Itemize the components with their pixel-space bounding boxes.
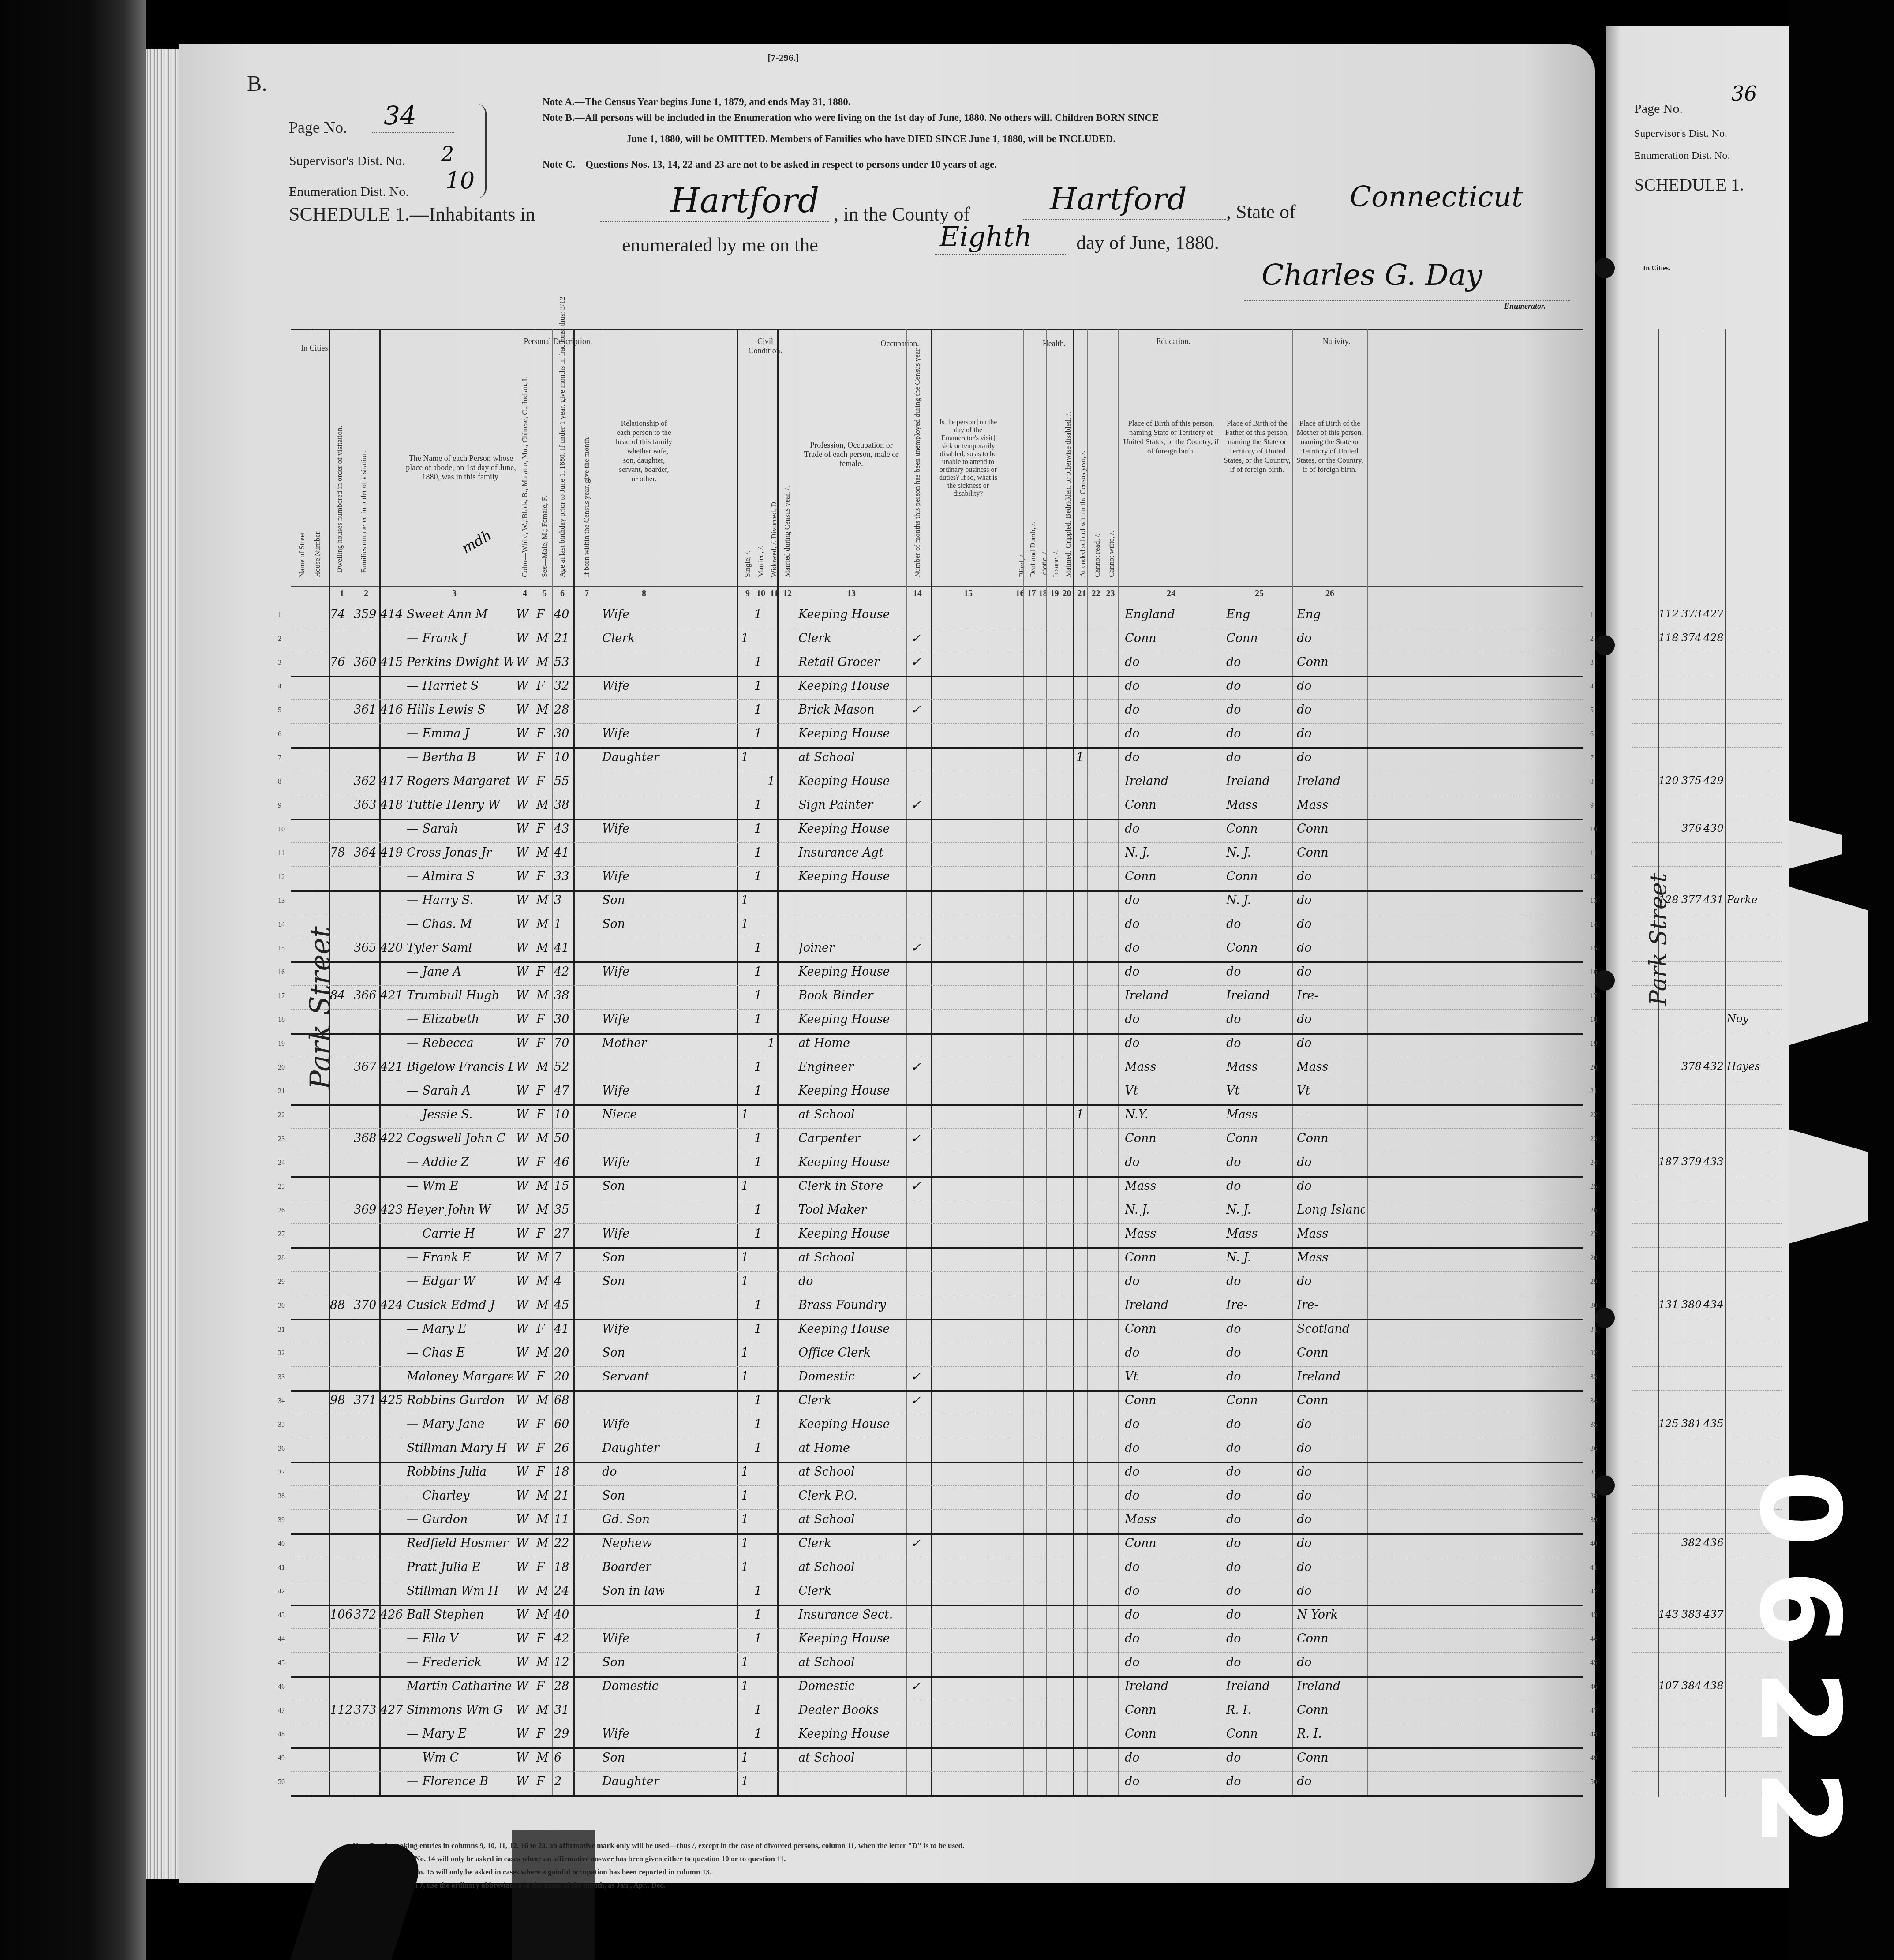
relationship: Son bbox=[602, 1179, 664, 1193]
place-value: Hartford bbox=[670, 181, 819, 220]
person-name: Simmons Wm G bbox=[407, 1703, 513, 1717]
dwelling-number: 372 bbox=[354, 1608, 378, 1622]
color: W bbox=[516, 1489, 534, 1503]
line-number: 45 bbox=[278, 1659, 285, 1667]
occupation: Domestic bbox=[798, 1370, 904, 1384]
mother-birthplace: Conn bbox=[1297, 1394, 1365, 1407]
house-number: 98 bbox=[330, 1394, 352, 1407]
occupation: Insurance Sect. bbox=[798, 1608, 904, 1622]
relationship: Wife bbox=[602, 965, 664, 979]
unemployed-mark: ✓ bbox=[911, 1537, 928, 1550]
married-mark: 1 bbox=[754, 1394, 763, 1407]
color: W bbox=[516, 846, 534, 860]
line-number: 48 bbox=[278, 1731, 285, 1739]
age: 4 bbox=[554, 1275, 573, 1288]
line-number: 32 bbox=[278, 1350, 285, 1358]
line-number-right: 49 bbox=[1590, 1754, 1597, 1762]
mother-birthplace: do bbox=[1297, 1537, 1365, 1550]
single-mark: 1 bbox=[741, 751, 750, 764]
birthplace: Conn bbox=[1125, 1537, 1217, 1550]
mother-birthplace: Conn bbox=[1297, 822, 1365, 836]
age: 38 bbox=[554, 798, 573, 812]
father-birthplace: do bbox=[1226, 1489, 1290, 1503]
table-row: 2828— Frank EWM7Son1at SchoolConnN. J.Ma… bbox=[291, 1247, 1583, 1272]
occupation: Insurance Agt bbox=[798, 846, 904, 860]
color: W bbox=[516, 774, 534, 788]
line-number: 24 bbox=[278, 1159, 285, 1167]
line-number-right: 6 bbox=[1590, 730, 1594, 738]
page-no-line bbox=[371, 132, 454, 133]
table-row: 4949— Wm CWM6Son1at SchooldodoConn bbox=[291, 1747, 1583, 1772]
sheet-letter: B. bbox=[247, 71, 267, 96]
header-col-3: The Name of each Person whose place of a… bbox=[406, 454, 516, 482]
right-family-number: 438 bbox=[1703, 1679, 1724, 1692]
line-number-right: 1 bbox=[1590, 611, 1594, 619]
relationship: Wife bbox=[602, 1632, 664, 1646]
person-name: Maloney Margaret bbox=[407, 1370, 513, 1384]
mother-birthplace: do bbox=[1297, 1418, 1365, 1431]
sex: F bbox=[536, 1560, 551, 1574]
birthplace: do bbox=[1125, 1346, 1217, 1360]
occupation: at School bbox=[798, 1465, 904, 1479]
table-row: 111178364419Cross Jonas JrWM411Insurance… bbox=[291, 842, 1583, 867]
relationship: Gd. Son bbox=[602, 1513, 664, 1526]
relationship: Mother bbox=[602, 1036, 664, 1050]
father-birthplace: do bbox=[1226, 703, 1290, 717]
right-table-row bbox=[1632, 1223, 1782, 1248]
line-number-right: 28 bbox=[1590, 1254, 1597, 1262]
sex: M bbox=[536, 846, 551, 860]
married-mark: 1 bbox=[754, 1227, 763, 1241]
age: 10 bbox=[554, 751, 573, 764]
mother-birthplace: do bbox=[1297, 917, 1365, 931]
right-street-annotation: Park Street bbox=[1645, 873, 1672, 1006]
relationship: Daughter bbox=[602, 1775, 664, 1788]
married-mark: 1 bbox=[754, 798, 763, 812]
unemployed-mark: ✓ bbox=[911, 1132, 928, 1145]
sex: M bbox=[536, 917, 551, 931]
father-birthplace: Mass bbox=[1226, 1227, 1290, 1241]
color: W bbox=[516, 1418, 534, 1431]
birthplace: Conn bbox=[1125, 1322, 1217, 1336]
occupation: at School bbox=[798, 1751, 904, 1765]
right-table-row bbox=[1632, 1247, 1782, 1272]
line-number: 29 bbox=[278, 1278, 285, 1286]
mother-birthplace: do bbox=[1297, 894, 1365, 907]
single-mark: 1 bbox=[741, 1489, 750, 1503]
father-birthplace: do bbox=[1226, 1156, 1290, 1169]
line-number-right: 42 bbox=[1590, 1588, 1597, 1596]
right-house-number: 120 bbox=[1658, 774, 1679, 787]
age: 24 bbox=[554, 1584, 573, 1598]
date-suffix: day of June, 1880. bbox=[1076, 232, 1219, 254]
mother-birthplace: do bbox=[1297, 1560, 1365, 1574]
color: W bbox=[516, 1656, 534, 1669]
color: W bbox=[516, 1679, 534, 1693]
line-number-right: 11 bbox=[1590, 849, 1597, 857]
line-number-right: 12 bbox=[1590, 873, 1597, 881]
line-number: 22 bbox=[278, 1111, 285, 1119]
married-mark: 1 bbox=[754, 1441, 763, 1455]
relationship: Wife bbox=[602, 1727, 664, 1741]
father-birthplace: do bbox=[1226, 1441, 1290, 1455]
line-number-right: 31 bbox=[1590, 1326, 1597, 1334]
single-mark: 1 bbox=[741, 1108, 750, 1122]
age: 18 bbox=[554, 1560, 573, 1574]
birthplace: do bbox=[1125, 1441, 1217, 1455]
birthplace: Ireland bbox=[1125, 1298, 1217, 1312]
sex: F bbox=[536, 1727, 551, 1741]
header-col-4: Color—White, W.; Black, B.; Mulatto, Mu.… bbox=[520, 366, 529, 577]
right-family-number: 428 bbox=[1703, 632, 1724, 644]
occupation: at School bbox=[798, 1656, 904, 1669]
relationship: do bbox=[602, 1465, 664, 1479]
right-table-row bbox=[1632, 1390, 1782, 1414]
birthplace: Conn bbox=[1125, 1727, 1217, 1741]
sex: M bbox=[536, 989, 551, 1002]
father-birthplace: Mass bbox=[1226, 1108, 1290, 1122]
line-number-right: 44 bbox=[1590, 1635, 1597, 1643]
school-attendance-mark: 1 bbox=[1076, 1108, 1085, 1122]
birthplace: N. J. bbox=[1125, 846, 1217, 860]
mother-birthplace: Eng bbox=[1297, 608, 1365, 621]
family-number: 427 bbox=[380, 1703, 407, 1717]
unemployed-mark: ✓ bbox=[911, 1179, 928, 1193]
note-b: Note B.—All persons will be included in … bbox=[543, 112, 1159, 123]
right-dwelling-number: 380 bbox=[1681, 1298, 1702, 1311]
widowed-mark: 1 bbox=[767, 1036, 776, 1050]
sex: F bbox=[536, 1036, 551, 1050]
age: 32 bbox=[554, 679, 573, 693]
line-number-right: 46 bbox=[1590, 1683, 1597, 1691]
line-number: 4 bbox=[278, 683, 281, 691]
person-name: — Charley bbox=[407, 1489, 513, 1503]
age: 41 bbox=[554, 941, 573, 955]
table-row: 1313— Harry S.WM3Son1doN. J.do bbox=[291, 890, 1583, 914]
person-name: — Carrie H bbox=[407, 1227, 513, 1241]
family-number: 418 bbox=[380, 798, 407, 812]
frame-stamp-number: 0622 bbox=[1733, 1464, 1866, 1852]
place-line bbox=[600, 221, 829, 222]
table-row: 2727— Carrie HWF27Wife1Keeping HouseMass… bbox=[291, 1223, 1583, 1249]
color: W bbox=[516, 989, 534, 1002]
right-house-number: 143 bbox=[1658, 1608, 1679, 1620]
mother-birthplace: Scotland bbox=[1297, 1322, 1365, 1336]
color: W bbox=[516, 1608, 534, 1622]
family-number: 421 bbox=[380, 989, 407, 1002]
occupation: Joiner bbox=[798, 941, 904, 955]
single-mark: 1 bbox=[741, 1346, 750, 1360]
sex: F bbox=[536, 1679, 551, 1693]
person-name: — Frank J bbox=[407, 632, 513, 645]
mother-birthplace: Mass bbox=[1297, 1251, 1365, 1264]
right-dwelling-number: 375 bbox=[1681, 774, 1702, 787]
color: W bbox=[516, 751, 534, 764]
line-number-right: 4 bbox=[1590, 683, 1594, 691]
table-row: 66— Emma JWF30Wife1Keeping Housedododo bbox=[291, 723, 1583, 749]
right-table-row bbox=[1632, 699, 1782, 724]
binder-ring-hole bbox=[1595, 970, 1615, 991]
sex: F bbox=[536, 1322, 551, 1336]
color: W bbox=[516, 1537, 534, 1550]
line-number-right: 43 bbox=[1590, 1612, 1597, 1620]
father-birthplace: Vt bbox=[1226, 1084, 1290, 1098]
mother-birthplace: Vt bbox=[1297, 1084, 1365, 1098]
tape-shadow bbox=[512, 1830, 595, 1960]
sex: F bbox=[536, 1156, 551, 1169]
color: W bbox=[516, 1632, 534, 1646]
single-mark: 1 bbox=[741, 1537, 750, 1550]
mother-birthplace: Long Island bbox=[1297, 1203, 1365, 1217]
occupation: Domestic bbox=[798, 1679, 904, 1693]
line-number: 6 bbox=[278, 730, 281, 738]
right-table-row bbox=[1632, 1033, 1782, 1057]
dwelling-number: 373 bbox=[354, 1703, 378, 1717]
birthplace: Ireland bbox=[1125, 774, 1217, 788]
person-name: — Harry S. bbox=[407, 894, 513, 907]
line-number-right: 19 bbox=[1590, 1040, 1597, 1048]
table-row: 4646Martin CatharineWF28Domestic1Domesti… bbox=[291, 1676, 1583, 1700]
line-number: 1 bbox=[278, 611, 281, 619]
table-row: 4242Stillman Wm HWM24Son in law1Clerkdod… bbox=[291, 1581, 1583, 1606]
unemployed-mark: ✓ bbox=[911, 703, 928, 717]
signature-line bbox=[1244, 300, 1570, 301]
married-mark: 1 bbox=[754, 1322, 763, 1336]
line-number-right: 41 bbox=[1590, 1564, 1597, 1572]
father-birthplace: do bbox=[1226, 1465, 1290, 1479]
right-family-number: 436 bbox=[1703, 1537, 1724, 1549]
father-birthplace: do bbox=[1226, 1608, 1290, 1622]
mother-birthplace: do bbox=[1297, 1584, 1365, 1598]
mother-birthplace: do bbox=[1297, 751, 1365, 764]
father-birthplace: do bbox=[1226, 1513, 1290, 1526]
age: 11 bbox=[554, 1513, 573, 1526]
line-number-right: 37 bbox=[1590, 1469, 1597, 1477]
age: 40 bbox=[554, 1608, 573, 1622]
right-page-no-value: 36 bbox=[1731, 82, 1757, 105]
table-header: In Cities. Personal Description. Civil C… bbox=[291, 329, 1583, 587]
birthplace: do bbox=[1125, 679, 1217, 693]
married-mark: 1 bbox=[754, 1608, 763, 1622]
color: W bbox=[516, 1703, 534, 1717]
age: 41 bbox=[554, 846, 573, 860]
occupation: at School bbox=[798, 1560, 904, 1574]
right-table-row bbox=[1632, 652, 1782, 676]
mother-birthplace: Mass bbox=[1297, 798, 1365, 812]
line-number-right: 18 bbox=[1590, 1016, 1597, 1024]
occupation: at School bbox=[798, 1251, 904, 1264]
family-number: 417 bbox=[380, 774, 407, 788]
sex: M bbox=[536, 1251, 551, 1264]
sex: F bbox=[536, 1227, 551, 1241]
table-row: 4141Pratt Julia EWF18Boarder1at Schooldo… bbox=[291, 1557, 1583, 1581]
birthplace: Conn bbox=[1125, 798, 1217, 812]
birthplace: do bbox=[1125, 1465, 1217, 1479]
birthplace: Conn bbox=[1125, 632, 1217, 645]
occupation: Keeping House bbox=[798, 822, 904, 836]
married-mark: 1 bbox=[754, 1084, 763, 1098]
right-page-no-label: Page No. bbox=[1634, 101, 1683, 116]
married-mark: 1 bbox=[754, 989, 763, 1002]
age: 21 bbox=[554, 632, 573, 645]
color: W bbox=[516, 1108, 534, 1122]
family-number: 415 bbox=[380, 655, 407, 669]
person-name: — Addie Z bbox=[407, 1156, 513, 1169]
right-house-number: 112 bbox=[1658, 608, 1679, 620]
single-mark: 1 bbox=[741, 1679, 750, 1693]
mother-birthplace: do bbox=[1297, 965, 1365, 979]
dwelling-number: 363 bbox=[354, 798, 378, 812]
schedule-label: SCHEDULE 1.—Inhabitants in bbox=[289, 203, 535, 225]
sex: M bbox=[536, 1584, 551, 1598]
person-name: — Frank E bbox=[407, 1251, 513, 1264]
right-schedule-label: SCHEDULE 1. bbox=[1634, 174, 1744, 195]
table-row: 2929— Edgar WWM4Son1dodododo bbox=[291, 1271, 1583, 1295]
bottom-notes: Note D.—In making entries in columns 9, … bbox=[353, 1839, 964, 1892]
mother-birthplace: Conn bbox=[1297, 1751, 1365, 1765]
age: 22 bbox=[554, 1537, 573, 1550]
father-birthplace: N. J. bbox=[1226, 894, 1290, 907]
sex: F bbox=[536, 1108, 551, 1122]
header-col-15: Is the person [on the day of the Enumera… bbox=[935, 419, 1001, 498]
person-name: Hills Lewis S bbox=[407, 703, 513, 717]
binder-ring-hole bbox=[1595, 1475, 1615, 1496]
note-c: Note C.—Questions Nos. 13, 14, 22 and 23… bbox=[543, 159, 997, 170]
district-brace bbox=[476, 104, 487, 198]
table-row: 3131— Mary EWF41Wife1Keeping HouseConndo… bbox=[291, 1319, 1583, 1343]
birthplace: do bbox=[1125, 917, 1217, 931]
age: 28 bbox=[554, 1679, 573, 1693]
single-mark: 1 bbox=[741, 1251, 750, 1264]
single-mark: 1 bbox=[741, 1775, 750, 1788]
person-name: — Chas E bbox=[407, 1346, 513, 1360]
col-number: 13 bbox=[845, 589, 858, 599]
sex: F bbox=[536, 1370, 551, 1384]
right-table-row bbox=[1632, 1319, 1782, 1343]
color: W bbox=[516, 1179, 534, 1193]
right-family-number: 432 bbox=[1703, 1060, 1724, 1073]
right-table-row bbox=[1632, 1176, 1782, 1200]
person-name: Pratt Julia E bbox=[407, 1560, 513, 1574]
line-number: 50 bbox=[278, 1778, 285, 1786]
line-number: 18 bbox=[278, 1016, 285, 1024]
stamp-digit: 6 bbox=[1756, 1570, 1844, 1647]
table-row: 5050— Florence BWF2Daughter1dododo bbox=[291, 1771, 1583, 1797]
color: W bbox=[516, 608, 534, 621]
age: 46 bbox=[554, 1156, 573, 1169]
right-house-number: 125 bbox=[1658, 1418, 1679, 1430]
line-number: 10 bbox=[278, 826, 285, 834]
father-birthplace: do bbox=[1226, 655, 1290, 669]
mother-birthplace: do bbox=[1297, 1179, 1365, 1193]
married-mark: 1 bbox=[754, 1703, 763, 1717]
birthplace: Ireland bbox=[1125, 1679, 1217, 1693]
age: 53 bbox=[554, 655, 573, 669]
occupation: at Home bbox=[798, 1441, 904, 1455]
header-col-6: Age at last birthday prior to June 1, 18… bbox=[558, 366, 567, 577]
right-house-number: 131 bbox=[1658, 1298, 1679, 1311]
right-table-row bbox=[1632, 1009, 1782, 1033]
father-birthplace: do bbox=[1226, 1346, 1290, 1360]
line-number-right: 30 bbox=[1590, 1302, 1597, 1310]
header-col-16: Blind, /. bbox=[1018, 533, 1026, 577]
single-mark: 1 bbox=[741, 1656, 750, 1669]
line-number-right: 23 bbox=[1590, 1135, 1597, 1143]
person-name: — Bertha B bbox=[407, 751, 513, 764]
occupation: Keeping House bbox=[798, 1322, 904, 1336]
sex: F bbox=[536, 679, 551, 693]
line-number-right: 8 bbox=[1590, 778, 1594, 786]
birthplace: do bbox=[1125, 727, 1217, 741]
right-table-row bbox=[1632, 1104, 1782, 1129]
person-name: Bigelow Francis E bbox=[407, 1060, 513, 1074]
col-number: 15 bbox=[962, 589, 975, 599]
birthplace: Conn bbox=[1125, 870, 1217, 883]
table-row: 1010— SarahWF43Wife1Keeping HousedoConnC… bbox=[291, 819, 1583, 843]
color: W bbox=[516, 1346, 534, 1360]
col-number: 11 bbox=[767, 589, 781, 599]
birthplace: do bbox=[1125, 655, 1217, 669]
line-number: 47 bbox=[278, 1707, 285, 1715]
sex: M bbox=[536, 1394, 551, 1407]
line-number-right: 7 bbox=[1590, 754, 1594, 762]
mother-birthplace: do bbox=[1297, 1036, 1365, 1050]
person-name: — Jessie S. bbox=[407, 1108, 513, 1122]
age: 40 bbox=[554, 608, 573, 621]
mother-birthplace: do bbox=[1297, 1441, 1365, 1455]
mother-birthplace: do bbox=[1297, 1489, 1365, 1503]
right-dwelling-number: 378 bbox=[1681, 1060, 1702, 1073]
line-number: 31 bbox=[278, 1326, 285, 1334]
person-name: — Ella V bbox=[407, 1632, 513, 1646]
line-number-right: 5 bbox=[1590, 707, 1594, 714]
line-number: 13 bbox=[278, 897, 285, 905]
sex: M bbox=[536, 1489, 551, 1503]
line-number: 8 bbox=[278, 778, 281, 786]
color: W bbox=[516, 1060, 534, 1074]
occupation: Carpenter bbox=[798, 1132, 904, 1145]
color: W bbox=[516, 1751, 534, 1765]
col-number: 5 bbox=[538, 589, 551, 599]
married-mark: 1 bbox=[754, 608, 763, 621]
dwelling-number: 369 bbox=[354, 1203, 378, 1217]
birthplace: do bbox=[1125, 894, 1217, 907]
header-col-2: Families numbered in order of visitation… bbox=[359, 388, 368, 573]
line-number: 2 bbox=[278, 635, 281, 643]
father-birthplace: N. J. bbox=[1226, 1251, 1290, 1264]
color: W bbox=[516, 1441, 534, 1455]
mother-birthplace: do bbox=[1297, 703, 1365, 717]
line-number: 40 bbox=[278, 1540, 285, 1548]
family-number: 419 bbox=[380, 846, 407, 860]
sex: M bbox=[536, 1703, 551, 1717]
occupation: Brick Mason bbox=[798, 703, 904, 717]
census-table: In Cities. Personal Description. Civil C… bbox=[291, 329, 1583, 1797]
relationship: Son bbox=[602, 917, 664, 931]
torn-edge bbox=[1789, 886, 1868, 1045]
mother-birthplace: Ire- bbox=[1297, 989, 1365, 1002]
line-number-right: 17 bbox=[1590, 992, 1597, 1000]
relationship: Wife bbox=[602, 1084, 664, 1098]
age: 38 bbox=[554, 989, 573, 1002]
header-col-1: Dwelling houses numbered in order of vis… bbox=[335, 388, 344, 573]
mother-birthplace: do bbox=[1297, 941, 1365, 955]
person-name: Cusick Edmd J bbox=[407, 1298, 513, 1312]
father-birthplace: Conn bbox=[1226, 1394, 1290, 1407]
mother-birthplace: do bbox=[1297, 870, 1365, 883]
right-house-number: 118 bbox=[1658, 632, 1679, 644]
father-birthplace: do bbox=[1226, 1537, 1290, 1550]
